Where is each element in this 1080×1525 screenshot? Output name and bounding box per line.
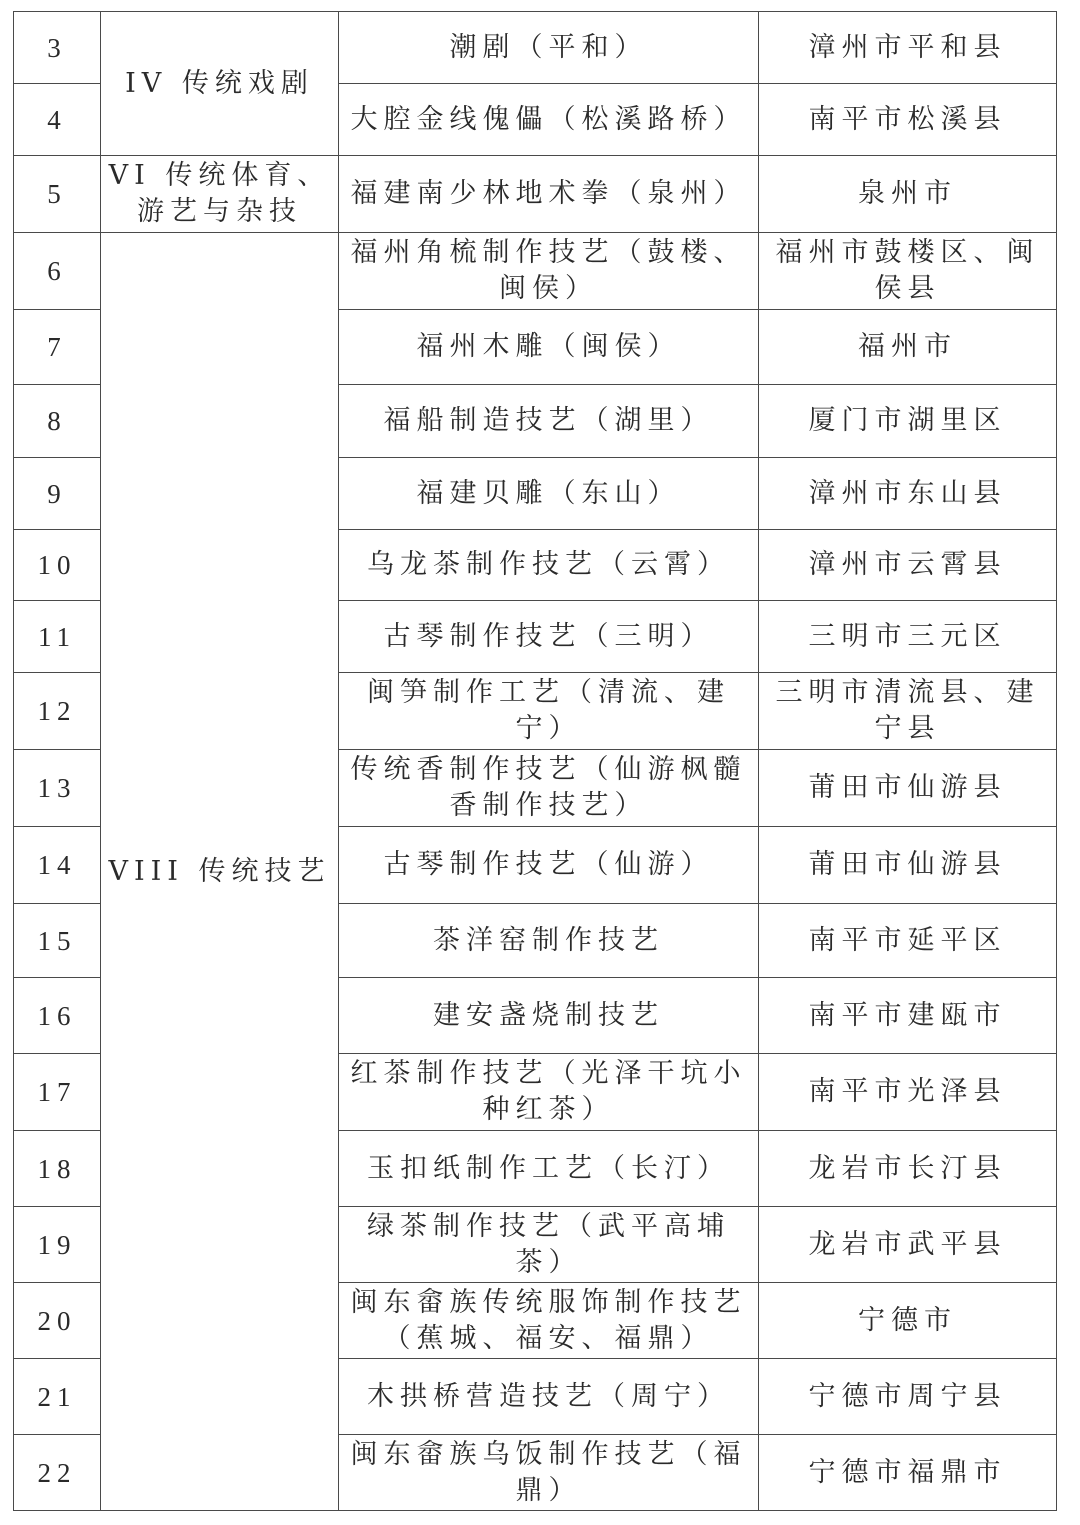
project-name: 红茶制作技艺（光泽干坑小种红茶） xyxy=(339,1054,759,1131)
project-region: 三明市三元区 xyxy=(759,601,1057,673)
project-region: 南平市延平区 xyxy=(759,904,1057,978)
project-region: 宁德市周宁县 xyxy=(759,1359,1057,1435)
row-number: 3 xyxy=(14,12,101,84)
project-region: 南平市建瓯市 xyxy=(759,978,1057,1054)
project-region: 泉州市 xyxy=(759,156,1057,233)
row-number: 14 xyxy=(14,827,101,904)
project-name: 传统香制作技艺（仙游枫髓香制作技艺） xyxy=(339,750,759,827)
project-region: 漳州市云霄县 xyxy=(759,530,1057,601)
table-row: 5 VI 传统体育、游艺与杂技 福建南少林地术拳（泉州） 泉州市 xyxy=(14,156,1057,233)
project-name: 木拱桥营造技艺（周宁） xyxy=(339,1359,759,1435)
row-number: 12 xyxy=(14,673,101,750)
project-name: 福建南少林地术拳（泉州） xyxy=(339,156,759,233)
row-number: 13 xyxy=(14,750,101,827)
category-cell: IV 传统戏剧 xyxy=(101,12,339,156)
row-number: 15 xyxy=(14,904,101,978)
project-region: 莆田市仙游县 xyxy=(759,827,1057,904)
row-number: 20 xyxy=(14,1283,101,1359)
project-name: 古琴制作技艺（仙游） xyxy=(339,827,759,904)
row-number: 5 xyxy=(14,156,101,233)
row-number: 9 xyxy=(14,458,101,530)
category-cell: VI 传统体育、游艺与杂技 xyxy=(101,156,339,233)
row-number: 10 xyxy=(14,530,101,601)
project-name: 绿茶制作技艺（武平高埔茶） xyxy=(339,1207,759,1283)
row-number: 11 xyxy=(14,601,101,673)
project-name: 福州木雕（闽侯） xyxy=(339,310,759,385)
row-number: 7 xyxy=(14,310,101,385)
project-region: 龙岩市长汀县 xyxy=(759,1131,1057,1207)
project-name: 福建贝雕（东山） xyxy=(339,458,759,530)
project-region: 莆田市仙游县 xyxy=(759,750,1057,827)
table-row: 3 IV 传统戏剧 潮剧（平和） 漳州市平和县 xyxy=(14,12,1057,84)
project-name: 潮剧（平和） xyxy=(339,12,759,84)
project-name: 闽东畲族传统服饰制作技艺（蕉城、福安、福鼎） xyxy=(339,1283,759,1359)
project-name: 乌龙茶制作技艺（云霄） xyxy=(339,530,759,601)
category-cell: VIII 传统技艺 xyxy=(101,233,339,1511)
project-name: 闽东畲族乌饭制作技艺（福鼎） xyxy=(339,1435,759,1511)
project-name: 福船制造技艺（湖里） xyxy=(339,385,759,458)
project-region: 三明市清流县、建宁县 xyxy=(759,673,1057,750)
row-number: 4 xyxy=(14,84,101,156)
heritage-project-table: 3 IV 传统戏剧 潮剧（平和） 漳州市平和县 4 大腔金线傀儡（松溪路桥） 南… xyxy=(13,11,1057,1511)
row-number: 6 xyxy=(14,233,101,310)
project-name: 古琴制作技艺（三明） xyxy=(339,601,759,673)
row-number: 19 xyxy=(14,1207,101,1283)
project-name: 闽笋制作工艺（清流、建宁） xyxy=(339,673,759,750)
table-row: 6 VIII 传统技艺 福州角梳制作技艺（鼓楼、闽侯） 福州市鼓楼区、闽侯县 xyxy=(14,233,1057,310)
row-number: 17 xyxy=(14,1054,101,1131)
project-name: 福州角梳制作技艺（鼓楼、闽侯） xyxy=(339,233,759,310)
project-region: 龙岩市武平县 xyxy=(759,1207,1057,1283)
project-name: 建安盏烧制技艺 xyxy=(339,978,759,1054)
project-region: 福州市 xyxy=(759,310,1057,385)
project-region: 福州市鼓楼区、闽侯县 xyxy=(759,233,1057,310)
project-region: 厦门市湖里区 xyxy=(759,385,1057,458)
row-number: 16 xyxy=(14,978,101,1054)
project-name: 茶洋窑制作技艺 xyxy=(339,904,759,978)
project-region: 宁德市 xyxy=(759,1283,1057,1359)
project-region: 南平市光泽县 xyxy=(759,1054,1057,1131)
project-name: 玉扣纸制作工艺（长汀） xyxy=(339,1131,759,1207)
project-region: 漳州市东山县 xyxy=(759,458,1057,530)
row-number: 22 xyxy=(14,1435,101,1511)
project-region: 宁德市福鼎市 xyxy=(759,1435,1057,1511)
row-number: 21 xyxy=(14,1359,101,1435)
project-name: 大腔金线傀儡（松溪路桥） xyxy=(339,84,759,156)
row-number: 18 xyxy=(14,1131,101,1207)
project-region: 漳州市平和县 xyxy=(759,12,1057,84)
row-number: 8 xyxy=(14,385,101,458)
project-region: 南平市松溪县 xyxy=(759,84,1057,156)
